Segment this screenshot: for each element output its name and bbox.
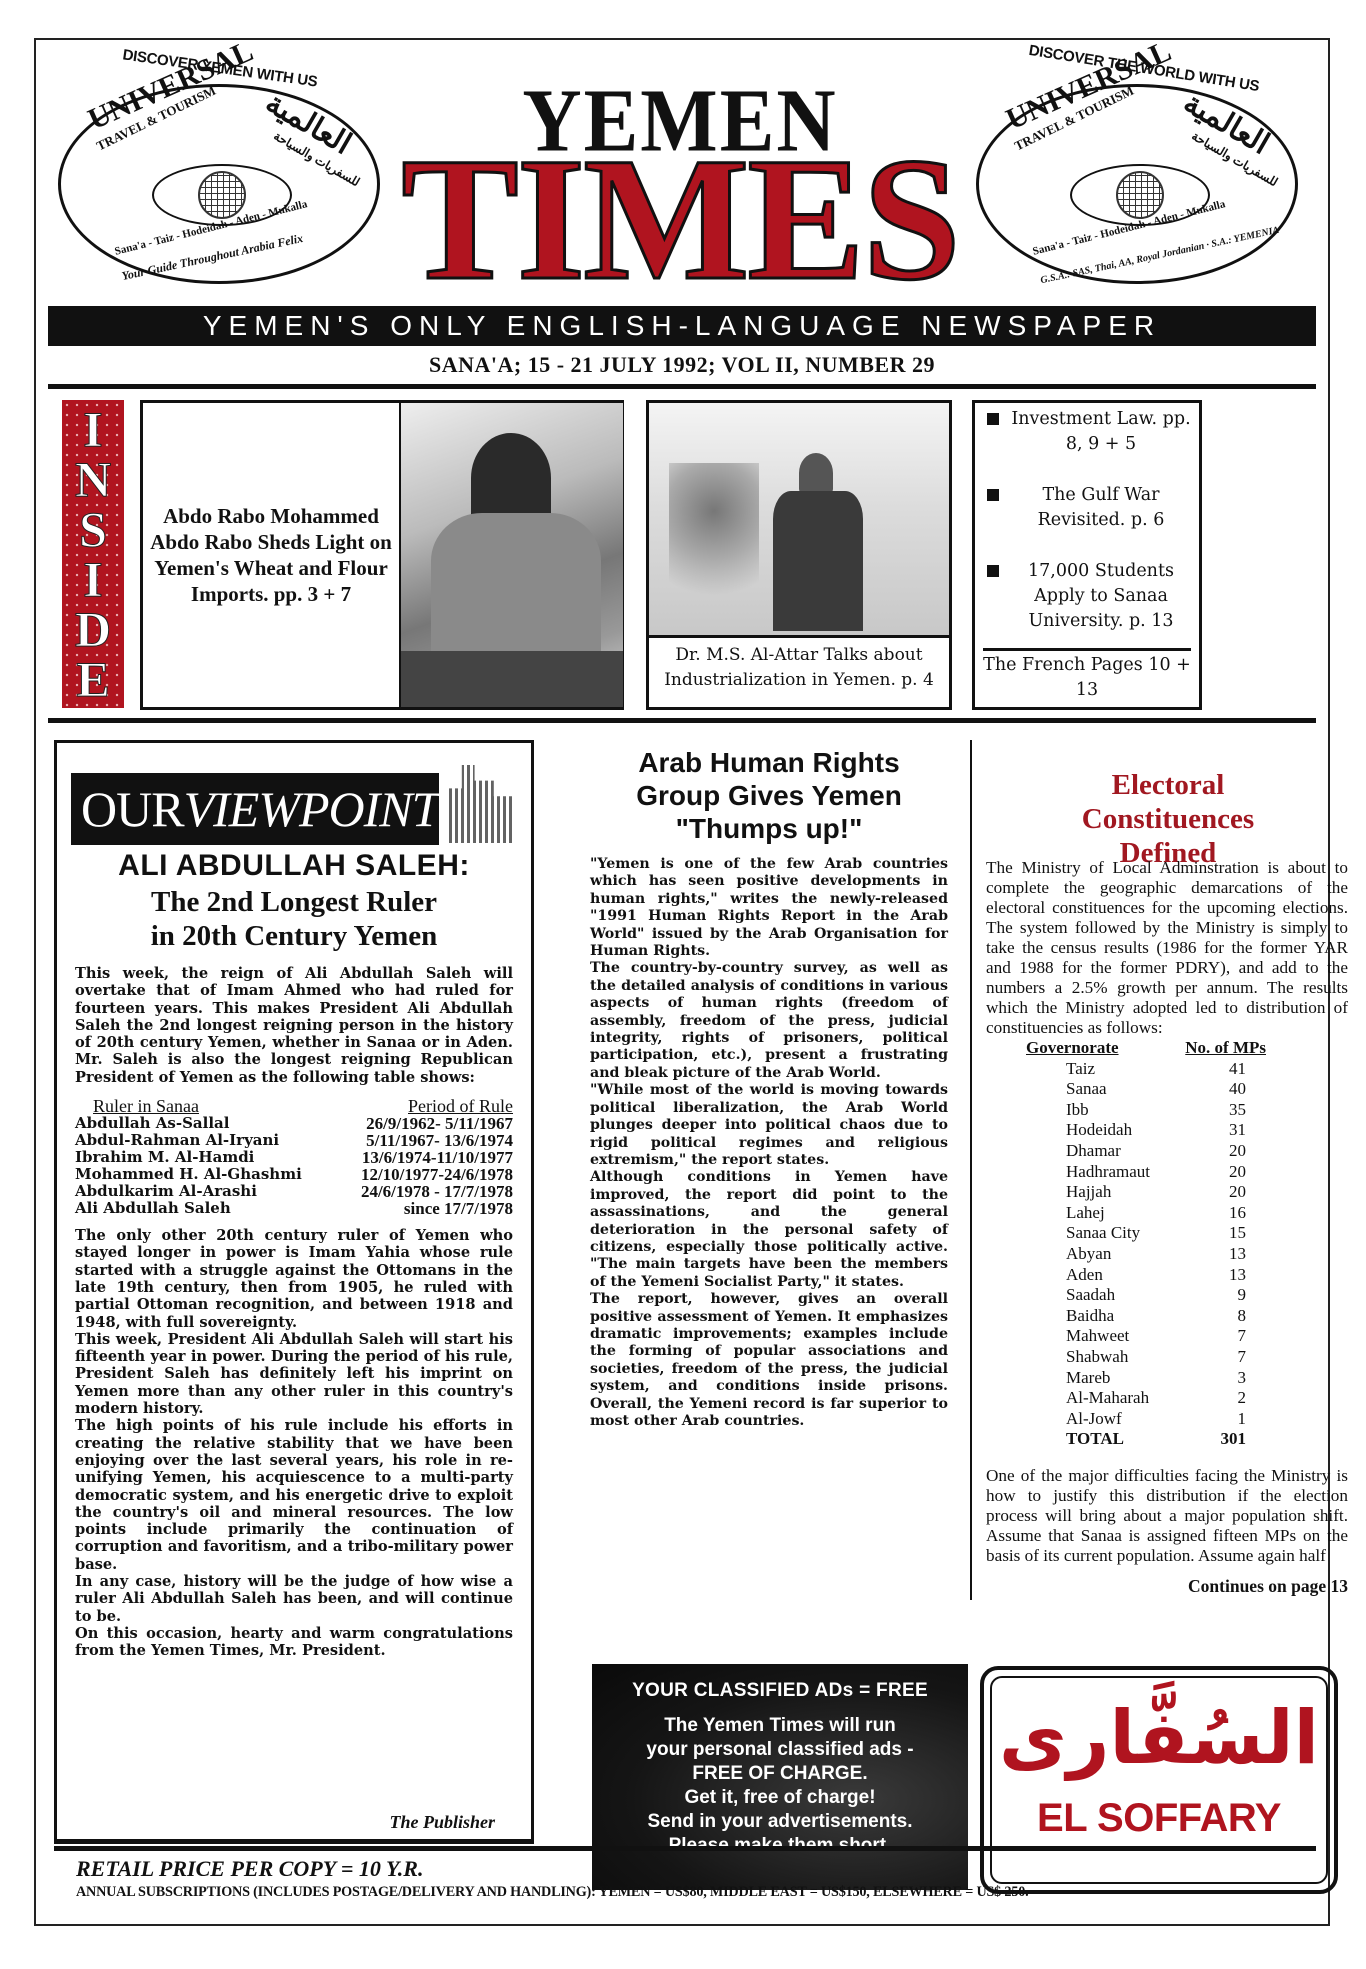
teaser-item[interactable]: 17,000 Students Apply to Sanaa Universit… bbox=[983, 559, 1191, 634]
table-row: Abdul-Rahman Al-Iryani5/11/1967- 13/6/19… bbox=[75, 1132, 513, 1149]
table-row: Lahej16 bbox=[1036, 1203, 1246, 1224]
inside-letter: I bbox=[83, 554, 102, 604]
newspaper-front-page: DISCOVER YEMEN WITH US UNIVERSAL TRAVEL … bbox=[34, 38, 1330, 1926]
our-viewpoint-banner: OURVIEWPOINT bbox=[71, 773, 439, 845]
paragraph: The country-by-country survey, as well a… bbox=[590, 960, 948, 1082]
continues-link[interactable]: Continues on page 13 bbox=[986, 1576, 1348, 1596]
table-row: Mahweet7 bbox=[1036, 1326, 1246, 1347]
electoral-constituences-article: Electoral Constituences Defined The Mini… bbox=[986, 740, 1350, 870]
inside-letter: N bbox=[75, 454, 111, 504]
table-row: Shabwah7 bbox=[1036, 1347, 1246, 1368]
universal-travel-ad-left: DISCOVER YEMEN WITH US UNIVERSAL TRAVEL … bbox=[50, 54, 390, 294]
table-row: Ali Abdullah Salehsince 17/7/1978 bbox=[75, 1200, 513, 1217]
table-row: Al-Maharah2 bbox=[1036, 1388, 1246, 1409]
column-divider bbox=[970, 740, 972, 1600]
el-soffary-ad[interactable]: السُفَّارى EL SOFFARY bbox=[980, 1666, 1338, 1894]
inside-letter: E bbox=[76, 654, 109, 704]
article-body: This week, the reign of Ali Abdullah Sal… bbox=[75, 965, 513, 1660]
title-times: TIMES bbox=[390, 132, 970, 308]
table-row: Abdullah As-Sallal26/9/1962- 5/11/1967 bbox=[75, 1115, 513, 1132]
person-head bbox=[799, 453, 833, 493]
our-viewpoint-article: OURVIEWPOINT ALI ABDULLAH SALEH: The 2nd… bbox=[54, 740, 534, 1844]
inside-letter: D bbox=[75, 604, 111, 654]
article-body: "Yemen is one of the few Arab countries … bbox=[590, 856, 948, 1430]
portrait-photo bbox=[399, 403, 623, 707]
teaser-item[interactable]: Investment Law. pp. 8, 9 + 5 bbox=[983, 407, 1191, 457]
issue-dateline: SANA'A; 15 - 21 JULY 1992; VOL II, NUMBE… bbox=[36, 352, 1328, 378]
table-row: Al-Jowf1 bbox=[1036, 1409, 1246, 1430]
paragraph: In any case, history will be the judge o… bbox=[75, 1573, 513, 1625]
table-row: Mohammed H. Al-Ghashmi12/10/1977-24/6/19… bbox=[75, 1166, 513, 1183]
paragraph: "While most of the world is moving towar… bbox=[590, 1082, 948, 1169]
human-rights-article: Arab Human Rights Group Gives Yemen "Thu… bbox=[554, 740, 954, 845]
table-row: Abyan13 bbox=[1036, 1244, 1246, 1265]
mps-table: GovernorateNo. of MPs Taiz41 Sanaa40 Ibb… bbox=[1036, 1038, 1246, 1450]
article-signature: The Publisher bbox=[389, 1812, 495, 1833]
table-row: Saadah9 bbox=[1036, 1285, 1246, 1306]
promo-title: YOUR CLASSIFIED ADs = FREE bbox=[592, 1680, 968, 1702]
table-row: Sanaa40 bbox=[1036, 1079, 1246, 1100]
ad-arabic-logo: السُفَّارى bbox=[992, 1678, 1326, 1798]
teaser-text: Abdo Rabo Mohammed Abdo Rabo Sheds Light… bbox=[143, 403, 399, 707]
seated-man-photo bbox=[649, 403, 949, 638]
table-row: Hadhramaut20 bbox=[1036, 1162, 1246, 1183]
paragraph: The only other 20th century ruler of Yem… bbox=[75, 1227, 513, 1331]
article-body: The Ministry of Local Adminstration is a… bbox=[986, 858, 1348, 1596]
table-row: Hodeidah31 bbox=[1036, 1120, 1246, 1141]
universal-travel-ad-right: DISCOVER THE WORLD WITH US UNIVERSAL TRA… bbox=[968, 54, 1308, 294]
masthead-title: YEMEN TIMES bbox=[390, 54, 970, 294]
paragraph: The Ministry of Local Adminstration is a… bbox=[986, 858, 1348, 1038]
paragraph: One of the major difficulties facing the… bbox=[986, 1466, 1348, 1566]
inside-teaser-industrialization[interactable]: Dr. M.S. Al-Attar Talks about Industrial… bbox=[646, 400, 952, 710]
paragraph: The high points of his rule include his … bbox=[75, 1417, 513, 1573]
teaser-caption: Dr. M.S. Al-Attar Talks about Industrial… bbox=[649, 643, 949, 693]
bullet-square-icon bbox=[987, 413, 999, 425]
bullet-square-icon bbox=[987, 565, 999, 577]
person-body bbox=[773, 491, 863, 631]
table-row: Taiz41 bbox=[1036, 1059, 1246, 1080]
paragraph: This week, President Ali Abdullah Saleh … bbox=[75, 1331, 513, 1417]
divider bbox=[54, 1846, 1316, 1851]
bullet-square-icon bbox=[987, 489, 999, 501]
globe-icon bbox=[1116, 171, 1164, 219]
divider bbox=[48, 384, 1316, 389]
table-row: Sanaa City15 bbox=[1036, 1223, 1246, 1244]
table-row: Abdulkarim Al-Arashi24/6/1978 - 17/7/197… bbox=[75, 1183, 513, 1200]
globe-icon bbox=[198, 171, 246, 219]
person-body bbox=[431, 513, 601, 673]
table-row: Aden13 bbox=[1036, 1265, 1246, 1286]
rulers-table: Ruler in SanaaPeriod of Rule Abdullah As… bbox=[75, 1098, 513, 1217]
inside-label: I N S I D E bbox=[62, 400, 124, 708]
article-headline: The 2nd Longest Ruler in 20th Century Ye… bbox=[57, 885, 531, 953]
divider bbox=[48, 718, 1316, 723]
table-header: GovernorateNo. of MPs bbox=[1026, 1038, 1266, 1059]
table-row: Baidha8 bbox=[1036, 1306, 1246, 1327]
table-header: Ruler in SanaaPeriod of Rule bbox=[75, 1098, 513, 1115]
inside-teaser-wheat-imports[interactable]: Abdo Rabo Mohammed Abdo Rabo Sheds Light… bbox=[140, 400, 624, 710]
inside-letter: I bbox=[83, 404, 102, 454]
paragraph: Although conditions in Yemen have improv… bbox=[590, 1169, 948, 1291]
retail-price: RETAIL PRICE PER COPY = 10 Y.R. bbox=[76, 1856, 423, 1882]
table-row: Ibb35 bbox=[1036, 1100, 1246, 1121]
paragraph: The report, however, gives an overall po… bbox=[590, 1291, 948, 1430]
teaser-item[interactable]: The Gulf War Revisited. p. 6 bbox=[983, 483, 1191, 533]
table-row: Dhamar20 bbox=[1036, 1141, 1246, 1162]
desk bbox=[401, 651, 623, 707]
paragraph: "Yemen is one of the few Arab countries … bbox=[590, 856, 948, 960]
classified-ads-promo[interactable]: YOUR CLASSIFIED ADs = FREE The Yemen Tim… bbox=[592, 1664, 968, 1890]
flower-vase bbox=[669, 463, 759, 623]
promo-body: The Yemen Times will run your personal c… bbox=[592, 1714, 968, 1858]
table-row: Ibrahim M. Al-Hamdi13/6/1974-11/10/1977 bbox=[75, 1149, 513, 1166]
building-icon bbox=[449, 765, 513, 843]
ad-inner-frame: السُفَّارى EL SOFFARY bbox=[990, 1676, 1328, 1884]
paragraph: On this occasion, hearty and warm congra… bbox=[75, 1625, 513, 1660]
paragraph: This week, the reign of Ali Abdullah Sal… bbox=[75, 965, 513, 1086]
article-headline: Arab Human Rights Group Gives Yemen "Thu… bbox=[554, 746, 954, 845]
ad-english-logo: EL SOFFARY bbox=[992, 1798, 1326, 1838]
table-total-row: TOTAL301 bbox=[1036, 1429, 1246, 1450]
table-row: Mareb3 bbox=[1036, 1368, 1246, 1389]
inside-letter: S bbox=[79, 504, 107, 554]
article-kicker: ALI ABDULLAH SALEH: bbox=[57, 849, 531, 883]
table-row: Hajjah20 bbox=[1036, 1182, 1246, 1203]
french-pages-link[interactable]: The French Pages 10 + 13 bbox=[983, 648, 1191, 703]
tagline-banner: YEMEN'S ONLY ENGLISH-LANGUAGE NEWSPAPER bbox=[48, 306, 1316, 346]
person-head bbox=[471, 433, 551, 523]
inside-teaser-list: Investment Law. pp. 8, 9 + 5 The Gulf Wa… bbox=[972, 400, 1202, 710]
article-headline: Electoral Constituences Defined bbox=[986, 768, 1350, 870]
subscription-rates: ANNUAL SUBSCRIPTIONS (INCLUDES POSTAGE/D… bbox=[76, 1884, 1028, 1901]
